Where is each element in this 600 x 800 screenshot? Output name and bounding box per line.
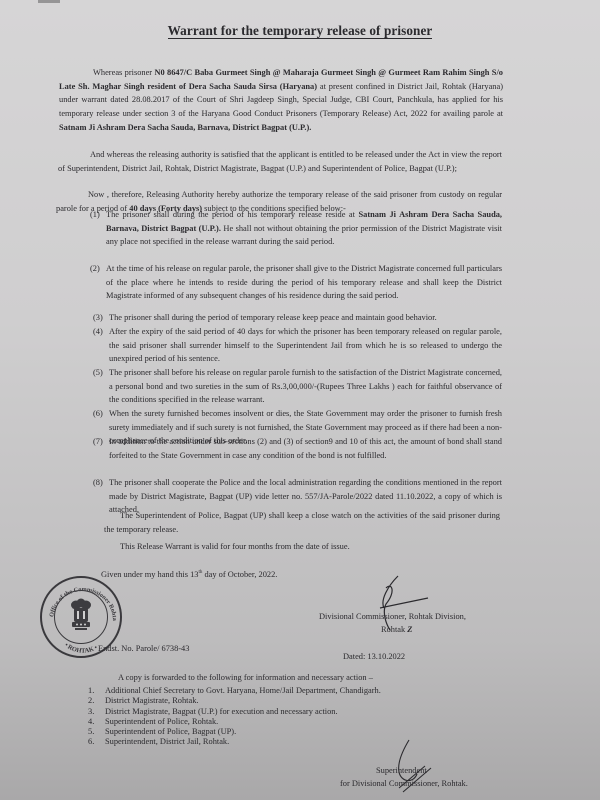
given-under-hand: Given under my hand this 13th day of Oct… [101,570,277,579]
closing-paragraph-2: This Release Warrant is valid for four m… [120,540,500,554]
footer-sign-line-2: for Divisional Commissioner, Rohtak. [340,779,468,788]
footer-sign-line-1: Superintendent [376,766,427,775]
recipient-text: Superintendent of Police, Bagpat (UP). [105,727,236,737]
condition-text-a: After the expiry of the said period of 4… [109,327,502,363]
condition-number: (7) [93,435,103,449]
condition-text: In addition to the action under sub-sect… [109,435,502,462]
recipient-number: 1. [88,686,94,696]
warrant-document: Warrant for the temporary release of pri… [0,0,600,800]
signatory-line-1: Divisional Commissioner, Rohtak Division… [319,612,466,621]
condition-text: The prisoner shall before his release on… [109,366,502,407]
condition-text: The prisoner shall during the period of … [106,208,502,249]
recipient-text: District Magistrate, Rohtak. [105,696,199,706]
condition-text-a: The prisoner shall before his release on… [109,368,502,404]
condition-text: The prisoner shall during the period of … [109,311,502,325]
dated: Dated: 13.10.2022 [343,652,405,661]
recipient-text: Additional Chief Secretary to Govt. Hary… [105,686,381,696]
condition-text-a: At the time of his release on regular pa… [106,264,502,300]
signatory-mark: Z [407,625,412,634]
condition-number: (1) [90,208,100,222]
seal-inner-ring [54,590,108,644]
condition-text: At the time of his release on regular pa… [106,262,502,303]
recipient-number: 4. [88,717,94,727]
condition-number: (2) [90,262,100,276]
document-title: Warrant for the temporary release of pri… [0,23,600,39]
given-under-b: day of October, 2022. [202,570,277,579]
title-text: Warrant for the temporary release of pri… [168,23,433,39]
commissioner-signature-icon [370,572,430,632]
intro-paragraph-2: And whereas the releasing authority is s… [58,148,502,175]
scan-smudge [38,0,60,3]
intro-paragraph-1: Whereas prisoner N0 8647/C Baba Gurmeet … [59,66,503,135]
recipient-number: 5. [88,727,94,737]
recipient-number: 6. [88,737,94,747]
condition-item: (1)The prisoner shall during the period … [90,208,502,268]
copy-intro: A copy is forwarded to the following for… [118,673,373,682]
recipient-number: 2. [88,696,94,706]
condition-number: (6) [93,407,103,421]
national-emblem-icon [55,591,107,643]
recipient-text: District Magistrate, Bagpat (U.P.) for e… [105,707,338,717]
condition-number: (3) [93,311,103,325]
parole-address: Satnam Ji Ashram Dera Sacha Sauda, Barna… [59,123,311,132]
intro-p1-a: Whereas prisoner [93,68,154,77]
recipient-text: Superintendent, District Jail, Rohtak. [105,737,229,747]
condition-text-a: The prisoner shall during the period of … [109,313,437,322]
closing-paragraph-1: The Superintendent of Police, Bagpat (UP… [104,509,500,536]
condition-text-a: The prisoner shall during the period of … [106,210,359,219]
condition-number: (8) [93,476,103,490]
condition-text-a: In addition to the action under sub-sect… [109,437,502,460]
signatory-line-2: Rohtak Z [381,625,412,634]
recipient-number: 3. [88,707,94,717]
condition-text: After the expiry of the said period of 4… [109,325,502,366]
condition-number: (5) [93,366,103,380]
endorsement-number: Endst. No. Parole/ 6738-43 [98,644,189,653]
signatory-place: Rohtak [381,625,405,634]
condition-number: (4) [93,325,103,339]
recipient-text: Superintendent of Police, Rohtak. [105,717,218,727]
